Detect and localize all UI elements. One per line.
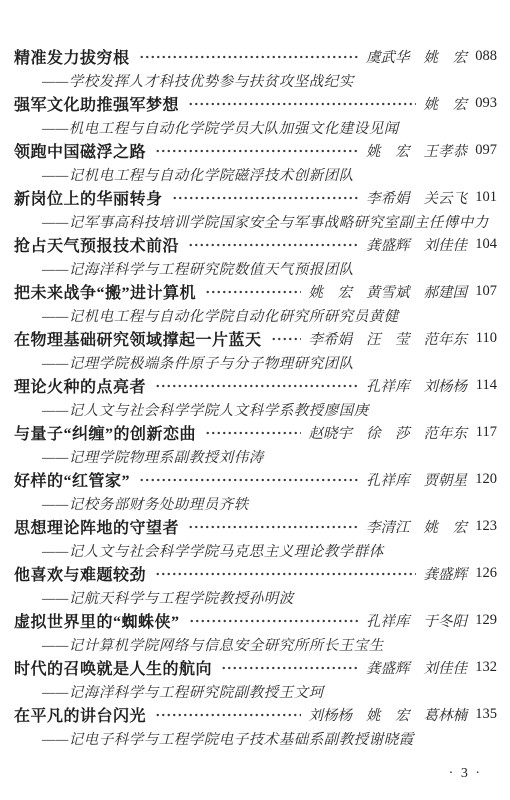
author-name: 王孝恭 [424,140,468,161]
dot-leader [205,421,300,445]
entry-page-number: 126 [473,565,497,582]
dot-leader [271,327,301,351]
toc-title-line: 理论火种的点亮者 孔祥库刘杨杨 114 [14,374,497,398]
toc-title-line: 好样的“红管家” 孔祥库贾朝星 120 [14,468,497,492]
author-name: 姚 宏 [424,93,468,114]
toc-title-line: 领跑中国磁浮之路 姚 宏王孝恭 097 [14,139,497,163]
entry-subtitle: ——记机电工程与自动化学院自动化研究所研究员黄健 [14,304,497,328]
toc-entry: 时代的召唤就是人生的航向 龚盛辉刘佳佳 132 ——记海洋科学与工程研究院副教授… [14,656,497,703]
entry-subtitle: ——记理学院物理系副教授刘伟涛 [14,445,497,469]
author-name: 李希娟 [366,187,410,208]
author-name: 葛林楠 [424,704,468,725]
entry-subtitle: ——记人文与社会科学学院马克思主义理论教学群体 [14,539,497,563]
entry-authors: 赵晓宇徐 莎范年东 [309,422,468,443]
toc-list: 精准发力拔穷根 虞武华姚 宏 088 ——学校发挥人才科技优势参与扶贫攻坚战纪实… [14,45,497,750]
dot-leader [221,656,358,680]
toc-entry: 抢占天气预报技术前沿 龚盛辉刘佳佳 104 ——记海洋科学与工程研究院数值天气预… [14,233,497,280]
author-name: 龚盛辉 [366,657,410,678]
author-name: 龚盛辉 [424,563,468,584]
entry-page-number: 132 [473,659,497,676]
entry-title: 领跑中国磁浮之路 [14,139,146,162]
entry-authors: 龚盛辉刘佳佳 [366,657,467,678]
dot-leader [155,703,300,727]
author-name: 黄雪斌 [366,281,410,302]
author-name: 于冬阳 [424,610,468,631]
entry-page-number: 097 [473,142,497,159]
toc-title-line: 在平凡的讲台闪光 刘杨杨姚 宏葛林楠 135 [14,703,497,727]
entry-page-number: 135 [473,706,497,723]
entry-authors: 姚 宏 [424,93,468,114]
toc-entry: 与量子“纠缠”的创新恋曲 赵晓宇徐 莎范年东 117 ——记理学院物理系副教授刘… [14,421,497,468]
entry-page-number: 088 [473,48,497,65]
author-name: 贾朝星 [424,469,468,490]
dot-leader [139,45,358,69]
toc-entry: 领跑中国磁浮之路 姚 宏王孝恭 097 ——记机电工程与自动化学院磁浮技术创新团… [14,139,497,186]
entry-authors: 李希娟汪 莹范年东 [309,328,468,349]
toc-title-line: 把未来战争“搬”进计算机 姚 宏黄雪斌郝建国 107 [14,280,497,304]
dot-leader [155,374,358,398]
entry-title: 与量子“纠缠”的创新恋曲 [14,421,196,444]
entry-subtitle: ——记机电工程与自动化学院磁浮技术创新团队 [14,163,497,187]
entry-authors: 李清江姚 宏 [366,516,467,537]
entry-subtitle: ——记理学院极端条件原子与分子物理研究团队 [14,351,497,375]
dot-leader [139,468,358,492]
entry-subtitle: ——记人文与社会科学学院人文科学系教授廖国庚 [14,398,497,422]
toc-entry: 新岗位上的华丽转身 李希娟关云飞 101 ——记军事高科技培训学院国家安全与军事… [14,186,497,233]
dot-leader [155,562,415,586]
toc-title-line: 抢占天气预报技术前沿 龚盛辉刘佳佳 104 [14,233,497,257]
toc-title-line: 他喜欢与难题较劲 龚盛辉 126 [14,562,497,586]
author-name: 龚盛辉 [366,234,410,255]
entry-subtitle: ——记航天科学与工程学院教授孙明波 [14,586,497,610]
entry-authors: 虞武华姚 宏 [366,46,467,67]
author-name: 李清江 [366,516,410,537]
entry-page-number: 107 [473,283,497,300]
dot-leader [188,233,358,257]
entry-title: 把未来战争“搬”进计算机 [14,280,196,303]
dot-leader [189,609,358,633]
entry-title: 理论火种的点亮者 [14,374,146,397]
toc-title-line: 思想理论阵地的守望者 李清江姚 宏 123 [14,515,497,539]
author-name: 赵晓宇 [309,422,353,443]
entry-page-number: 114 [473,377,497,394]
entry-page-number: 120 [473,471,497,488]
dot-leader [188,92,415,116]
author-name: 郝建国 [424,281,468,302]
toc-title-line: 时代的召唤就是人生的航向 龚盛辉刘佳佳 132 [14,656,497,680]
toc-title-line: 在物理基础研究领域撑起一片蓝天 李希娟汪 莹范年东 110 [14,327,497,351]
toc-entry: 在物理基础研究领域撑起一片蓝天 李希娟汪 莹范年东 110 ——记理学院极端条件… [14,327,497,374]
toc-entry: 把未来战争“搬”进计算机 姚 宏黄雪斌郝建国 107 ——记机电工程与自动化学院… [14,280,497,327]
entry-subtitle: ——记计算机学院网络与信息安全研究所所长王宝生 [14,633,497,657]
entry-authors: 孔祥库于冬阳 [366,610,467,631]
entry-authors: 刘杨杨姚 宏葛林楠 [309,704,468,725]
entry-title: 虚拟世界里的“蜘蛛侠” [14,609,180,632]
entry-page-number: 117 [473,424,497,441]
entry-subtitle: ——记海洋科学与工程研究院数值天气预报团队 [14,257,497,281]
entry-title: 在物理基础研究领域撑起一片蓝天 [14,327,262,350]
toc-entry: 理论火种的点亮者 孔祥库刘杨杨 114 ——记人文与社会科学学院人文科学系教授廖… [14,374,497,421]
entry-subtitle: ——记海洋科学与工程研究院副教授王文珂 [14,680,497,704]
entry-subtitle: ——记校务部财务处助理员齐轶 [14,492,497,516]
author-name: 姚 宏 [366,704,410,725]
page-folio: · 3 · [449,766,482,782]
entry-page-number: 110 [473,330,497,347]
entry-title: 精准发力拔穷根 [14,45,130,68]
toc-entry: 精准发力拔穷根 虞武华姚 宏 088 ——学校发挥人才科技优势参与扶贫攻坚战纪实 [14,45,497,92]
author-name: 刘杨杨 [309,704,353,725]
author-name: 刘佳佳 [424,234,468,255]
toc-title-line: 新岗位上的华丽转身 李希娟关云飞 101 [14,186,497,210]
toc-title-line: 精准发力拔穷根 虞武华姚 宏 088 [14,45,497,69]
author-name: 孔祥库 [366,469,410,490]
toc-page: 精准发力拔穷根 虞武华姚 宏 088 ——学校发挥人才科技优势参与扶贫攻坚战纪实… [0,0,510,800]
entry-title: 新岗位上的华丽转身 [14,186,163,209]
entry-title: 他喜欢与难题较劲 [14,562,146,585]
author-name: 刘杨杨 [424,375,468,396]
entry-title: 时代的召唤就是人生的航向 [14,656,212,679]
entry-page-number: 093 [473,95,497,112]
entry-subtitle: ——记军事高科技培训学院国家安全与军事战略研究室副主任傅中力 [14,210,497,234]
entry-page-number: 104 [473,236,497,253]
dot-leader [188,515,358,539]
toc-entry: 他喜欢与难题较劲 龚盛辉 126 ——记航天科学与工程学院教授孙明波 [14,562,497,609]
entry-page-number: 101 [473,189,497,206]
entry-authors: 龚盛辉刘佳佳 [366,234,467,255]
entry-page-number: 129 [473,612,497,629]
toc-entry: 虚拟世界里的“蜘蛛侠” 孔祥库于冬阳 129 ——记计算机学院网络与信息安全研究… [14,609,497,656]
author-name: 关云飞 [424,187,468,208]
author-name: 姚 宏 [366,140,410,161]
toc-entry: 在平凡的讲台闪光 刘杨杨姚 宏葛林楠 135 ——记电子科学与工程学院电子技术基… [14,703,497,750]
author-name: 姚 宏 [309,281,353,302]
author-name: 虞武华 [366,46,410,67]
toc-title-line: 虚拟世界里的“蜘蛛侠” 孔祥库于冬阳 129 [14,609,497,633]
toc-title-line: 与量子“纠缠”的创新恋曲 赵晓宇徐 莎范年东 117 [14,421,497,445]
entry-authors: 姚 宏黄雪斌郝建国 [309,281,468,302]
entry-subtitle: ——学校发挥人才科技优势参与扶贫攻坚战纪实 [14,69,497,93]
toc-entry: 强军文化助推强军梦想 姚 宏 093 ——机电工程与自动化学院学员大队加强文化建… [14,92,497,139]
entry-authors: 孔祥库贾朝星 [366,469,467,490]
dot-leader [155,139,358,163]
author-name: 徐 莎 [366,422,410,443]
entry-page-number: 123 [473,518,497,535]
entry-authors: 龚盛辉 [424,563,468,584]
author-name: 范年东 [424,422,468,443]
entry-title: 抢占天气预报技术前沿 [14,233,179,256]
author-name: 李希娟 [309,328,353,349]
author-name: 姚 宏 [424,516,468,537]
toc-title-line: 强军文化助推强军梦想 姚 宏 093 [14,92,497,116]
author-name: 范年东 [424,328,468,349]
entry-title: 思想理论阵地的守望者 [14,515,179,538]
dot-leader [205,280,300,304]
toc-entry: 思想理论阵地的守望者 李清江姚 宏 123 ——记人文与社会科学学院马克思主义理… [14,515,497,562]
entry-subtitle: ——记电子科学与工程学院电子技术基础系副教授谢晓霞 [14,727,497,751]
author-name: 刘佳佳 [424,657,468,678]
entry-subtitle: ——机电工程与自动化学院学员大队加强文化建设见闻 [14,116,497,140]
author-name: 汪 莹 [366,328,410,349]
author-name: 姚 宏 [424,46,468,67]
dot-leader [172,186,358,210]
entry-title: 在平凡的讲台闪光 [14,703,146,726]
entry-authors: 李希娟关云飞 [366,187,467,208]
entry-title: 好样的“红管家” [14,468,130,491]
author-name: 孔祥库 [366,610,410,631]
entry-authors: 姚 宏王孝恭 [366,140,467,161]
author-name: 孔祥库 [366,375,410,396]
entry-title: 强军文化助推强军梦想 [14,92,179,115]
toc-entry: 好样的“红管家” 孔祥库贾朝星 120 ——记校务部财务处助理员齐轶 [14,468,497,515]
entry-authors: 孔祥库刘杨杨 [366,375,467,396]
